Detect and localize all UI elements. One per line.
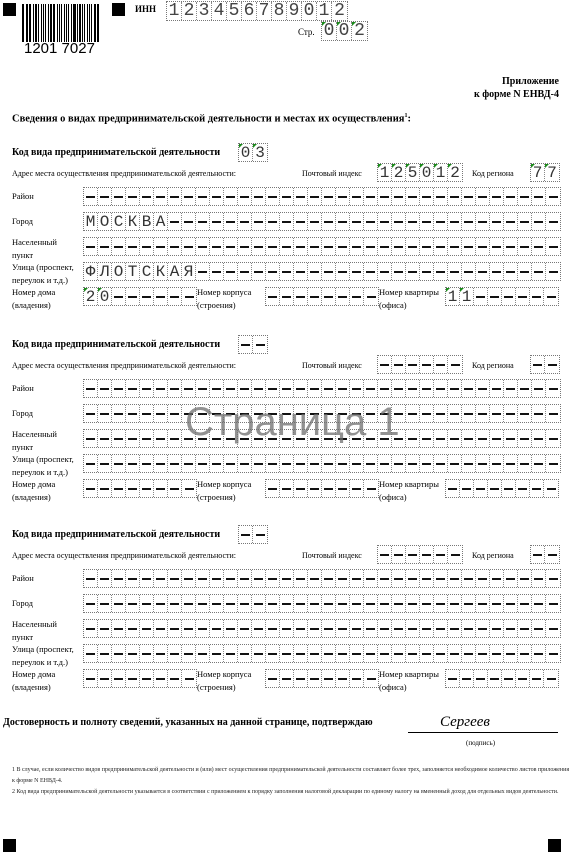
street-cell (308, 263, 322, 280)
street-cell (434, 263, 448, 280)
section-2-city-label-line: Город (12, 407, 33, 420)
region-code-cell (531, 546, 545, 563)
district-cell (112, 380, 126, 397)
section-1-settlement-field[interactable] (83, 237, 561, 256)
settlement-cell (518, 620, 532, 637)
section-2-building-field[interactable] (265, 479, 379, 498)
city-cell (140, 405, 154, 422)
section-1-region-code-label: Код региона (472, 168, 514, 179)
street-cell (322, 455, 336, 472)
postal-index-cell (378, 356, 392, 373)
district-cell (182, 380, 196, 397)
section-3-activity-code-label: Код вида предпринимательской деятельност… (12, 529, 220, 540)
apartment-cell (460, 480, 474, 497)
street-cell (490, 263, 504, 280)
street-cell (392, 645, 406, 662)
section-2-building-label: Номер корпуса(строения) (197, 478, 251, 504)
district-cell (154, 380, 168, 397)
city-cell (98, 595, 112, 612)
district-cell (518, 380, 532, 397)
district-cell (238, 188, 252, 205)
section-3-building-field[interactable] (265, 669, 379, 688)
house-cell (154, 480, 168, 497)
street-cell (504, 645, 518, 662)
house-cell (112, 480, 126, 497)
city-cell (308, 213, 322, 230)
settlement-cell (210, 238, 224, 255)
district-cell (98, 188, 112, 205)
district-cell (546, 380, 560, 397)
district-cell (378, 570, 392, 587)
settlement-cell (462, 430, 476, 447)
section-1-district-label-line: Район (12, 190, 34, 203)
district-cell (196, 570, 210, 587)
corner-marker-top-left (3, 3, 16, 16)
district-cell (546, 570, 560, 587)
street-cell (196, 455, 210, 472)
postal-index-cell (378, 546, 392, 563)
settlement-cell (98, 430, 112, 447)
city-cell (476, 213, 490, 230)
settlement-cell (280, 620, 294, 637)
street-cell (336, 263, 350, 280)
section-3-apartment-field[interactable] (445, 669, 559, 688)
district-cell (406, 380, 420, 397)
city-cell (196, 595, 210, 612)
settlement-cell (126, 620, 140, 637)
street-cell: Я (182, 263, 196, 280)
city-cell (182, 595, 196, 612)
page-cell: 0 (337, 22, 352, 40)
inn-cell: 2 (182, 2, 197, 20)
district-cell (532, 188, 546, 205)
apartment-cell: 1 (446, 288, 460, 305)
settlement-cell (420, 620, 434, 637)
district-cell (224, 380, 238, 397)
apartment-cell (530, 670, 544, 687)
postal-index-cell (420, 356, 434, 373)
region-code-cell (531, 356, 545, 373)
section-3-settlement-field[interactable] (83, 619, 561, 638)
district-cell (126, 570, 140, 587)
footnote-2: 2 Код вида предпринимательской деятельно… (12, 787, 572, 798)
settlement-cell (504, 238, 518, 255)
section-2-apartment-field[interactable] (445, 479, 559, 498)
section-1-activity-code-label: Код вида предпринимательской деятельност… (12, 147, 220, 158)
section-3-settlement-label-line: Населенный (12, 618, 57, 631)
section-2-street-label: Улица (проспект,переулок и т.д.) (12, 453, 74, 479)
section-3-district-label-line: Район (12, 572, 34, 585)
section-1-apartment-field[interactable]: 11 (445, 287, 559, 306)
page-watermark: Страница 1 (185, 400, 400, 445)
street-cell (224, 263, 238, 280)
city-cell (154, 595, 168, 612)
section-1-region-code-field[interactable]: 77 (530, 163, 560, 182)
settlement-cell (336, 620, 350, 637)
street-cell (392, 455, 406, 472)
apartment-cell (502, 670, 516, 687)
street-cell (336, 645, 350, 662)
city-cell (546, 405, 560, 422)
city-cell (280, 213, 294, 230)
settlement-cell (532, 238, 546, 255)
section-1-postal-index-field[interactable]: 125012 (377, 163, 463, 182)
city-cell (140, 595, 154, 612)
building-cell (350, 288, 364, 305)
house-cell (154, 288, 168, 305)
district-cell (224, 188, 238, 205)
inn-cell: 8 (272, 2, 287, 20)
section-1-street-label: Улица (проспект,переулок и т.д.) (12, 261, 74, 287)
district-cell (252, 380, 266, 397)
section-2-apartment-label-line: (офиса) (379, 491, 439, 504)
district-cell (490, 570, 504, 587)
inn-cell: 1 (317, 2, 332, 20)
street-cell (364, 645, 378, 662)
city-cell (336, 213, 350, 230)
section-1-activity-code-field[interactable]: 03 (238, 143, 268, 162)
street-cell (518, 455, 532, 472)
settlement-cell (126, 238, 140, 255)
house-cell (140, 480, 154, 497)
settlement-cell (448, 238, 462, 255)
section-2-activity-code-label: Код вида предпринимательской деятельност… (12, 339, 220, 350)
house-cell (84, 670, 98, 687)
street-cell (168, 455, 182, 472)
settlement-cell (140, 238, 154, 255)
section-3-activity-code-field[interactable] (238, 525, 268, 544)
section-1-house-label-line: (владения) (12, 299, 55, 312)
section-3-street-field[interactable] (83, 644, 561, 663)
district-cell (210, 570, 224, 587)
section-1-district-field[interactable] (83, 187, 561, 206)
section-2-postal-index-field[interactable] (377, 355, 463, 374)
section-3-district-field[interactable] (83, 569, 561, 588)
street-cell: Л (98, 263, 112, 280)
house-cell (126, 288, 140, 305)
district-cell (294, 570, 308, 587)
city-cell (518, 405, 532, 422)
street-cell (546, 263, 560, 280)
street-cell (84, 455, 98, 472)
section-1-building-field[interactable] (265, 287, 379, 306)
apartment-cell (516, 480, 530, 497)
building-cell (350, 480, 364, 497)
district-cell (154, 188, 168, 205)
section-1-building-label-line: Номер корпуса (197, 286, 251, 299)
settlement-cell (546, 430, 560, 447)
house-cell (98, 480, 112, 497)
district-cell (308, 570, 322, 587)
settlement-cell (238, 238, 252, 255)
street-cell (378, 455, 392, 472)
district-cell (420, 188, 434, 205)
city-cell (490, 213, 504, 230)
section-1-street-field[interactable]: ФЛОТСКАЯ (83, 262, 561, 281)
apartment-cell (544, 480, 558, 497)
street-cell (112, 645, 126, 662)
house-cell (98, 670, 112, 687)
postal-index-cell (434, 356, 448, 373)
apartment-cell (460, 670, 474, 687)
street-cell (350, 263, 364, 280)
region-code-cell: 7 (531, 164, 545, 181)
postal-index-cell (448, 546, 462, 563)
apartment-cell (516, 670, 530, 687)
section-2-district-field[interactable] (83, 379, 561, 398)
settlement-cell (98, 620, 112, 637)
street-cell: О (112, 263, 126, 280)
settlement-cell (476, 430, 490, 447)
apartment-cell (446, 480, 460, 497)
apartment-cell (530, 480, 544, 497)
building-cell (266, 480, 280, 497)
settlement-cell (126, 430, 140, 447)
street-cell (266, 263, 280, 280)
district-cell (378, 380, 392, 397)
district-cell (294, 380, 308, 397)
city-cell (294, 213, 308, 230)
city-cell (378, 595, 392, 612)
house-cell (140, 670, 154, 687)
postal-index-cell: 1 (434, 164, 448, 181)
district-cell (378, 188, 392, 205)
house-cell (140, 288, 154, 305)
city-cell (462, 595, 476, 612)
section-1-street-label-line: Улица (проспект, (12, 261, 74, 274)
section-3-apartment-label: Номер квартиры(офиса) (379, 668, 439, 694)
district-cell (392, 188, 406, 205)
street-cell (224, 455, 238, 472)
section-2-region-code-label: Код региона (472, 360, 514, 371)
district-cell (98, 380, 112, 397)
section-3-city-field[interactable] (83, 594, 561, 613)
building-cell (280, 288, 294, 305)
district-cell (196, 188, 210, 205)
building-cell (266, 670, 280, 687)
inn-cell: 0 (302, 2, 317, 20)
street-cell (210, 645, 224, 662)
settlement-cell (476, 620, 490, 637)
city-cell (406, 405, 420, 422)
district-cell (462, 570, 476, 587)
street-cell (252, 455, 266, 472)
settlement-cell (434, 430, 448, 447)
section-3-apartment-label-line: (офиса) (379, 681, 439, 694)
street-cell (196, 263, 210, 280)
section-2-region-code-field[interactable] (530, 355, 560, 374)
district-cell (364, 570, 378, 587)
signature[interactable]: Сергеев (440, 714, 490, 731)
city-cell (462, 405, 476, 422)
settlement-cell (294, 238, 308, 255)
section-1-district-label: Район (12, 190, 34, 203)
district-cell (490, 188, 504, 205)
street-cell (532, 455, 546, 472)
settlement-cell (280, 238, 294, 255)
settlement-cell (490, 620, 504, 637)
street-cell (434, 645, 448, 662)
city-cell (448, 213, 462, 230)
section-2-apartment-label: Номер квартиры(офиса) (379, 478, 439, 504)
section-3-city-label: Город (12, 597, 33, 610)
settlement-cell (266, 238, 280, 255)
building-cell (308, 670, 322, 687)
postal-index-cell (406, 356, 420, 373)
postal-index-cell (420, 546, 434, 563)
street-cell (252, 645, 266, 662)
settlement-cell (140, 620, 154, 637)
city-cell (406, 213, 420, 230)
settlement-cell (350, 238, 364, 255)
city-cell (392, 595, 406, 612)
street-cell (210, 263, 224, 280)
section-3-postal-index-field[interactable] (377, 545, 463, 564)
house-cell (182, 480, 196, 497)
district-cell (532, 570, 546, 587)
city-cell (350, 213, 364, 230)
city-cell (280, 595, 294, 612)
district-cell (434, 570, 448, 587)
section-2-street-field[interactable] (83, 454, 561, 473)
settlement-cell (182, 238, 196, 255)
building-cell (364, 288, 378, 305)
apartment-cell (474, 670, 488, 687)
street-cell: А (168, 263, 182, 280)
page-number-field[interactable]: 002 (321, 21, 368, 41)
street-cell (462, 645, 476, 662)
city-cell (420, 595, 434, 612)
street-cell (238, 645, 252, 662)
house-cell (182, 670, 196, 687)
city-cell (238, 595, 252, 612)
street-cell (504, 455, 518, 472)
settlement-cell (168, 430, 182, 447)
district-cell (266, 188, 280, 205)
page-cell: 0 (322, 22, 337, 40)
settlement-cell (154, 238, 168, 255)
section-2-activity-code-field[interactable] (238, 335, 268, 354)
city-cell (532, 405, 546, 422)
inn-cell: 5 (227, 2, 242, 20)
section-1-building-label-line: (строения) (197, 299, 251, 312)
settlement-cell (196, 620, 210, 637)
building-cell (322, 670, 336, 687)
city-cell: К (126, 213, 140, 230)
section-2-postal-index-label: Почтовый индекс (302, 360, 362, 371)
settlement-cell (322, 238, 336, 255)
city-cell (350, 595, 364, 612)
street-cell (294, 263, 308, 280)
district-cell (434, 188, 448, 205)
city-cell (434, 405, 448, 422)
settlement-cell (434, 620, 448, 637)
street-cell: Ф (84, 263, 98, 280)
section-1-city-field[interactable]: МОСКВА (83, 212, 561, 231)
section-1-house-field[interactable]: 20 (83, 287, 197, 306)
street-cell (434, 455, 448, 472)
section-2-house-label-line: (владения) (12, 491, 55, 504)
street-cell (406, 263, 420, 280)
settlement-cell (420, 238, 434, 255)
settlement-cell (350, 620, 364, 637)
district-cell (238, 380, 252, 397)
section-2-district-label: Район (12, 382, 34, 395)
street-cell (476, 645, 490, 662)
district-cell (350, 570, 364, 587)
page-title-text: Сведения о видах предпринимательской дея… (12, 114, 404, 125)
street-cell (98, 645, 112, 662)
section-3-building-label-line: Номер корпуса (197, 668, 251, 681)
street-cell (294, 645, 308, 662)
settlement-cell (308, 620, 322, 637)
settlement-cell (84, 430, 98, 447)
district-cell (196, 380, 210, 397)
district-cell (182, 570, 196, 587)
city-cell (546, 213, 560, 230)
city-cell (84, 405, 98, 422)
street-cell (252, 263, 266, 280)
section-1-postal-index-label: Почтовый индекс (302, 168, 362, 179)
house-cell (154, 670, 168, 687)
activity-code-cell (239, 526, 253, 543)
settlement-cell (406, 430, 420, 447)
section-2-house-field[interactable] (83, 479, 197, 498)
section-1-address-label: Адрес места осуществления предпринимател… (12, 168, 236, 179)
city-cell (266, 595, 280, 612)
city-cell (504, 213, 518, 230)
inn-field[interactable]: 123456789012 (166, 1, 348, 21)
city-cell (224, 595, 238, 612)
settlement-cell (448, 430, 462, 447)
street-cell (532, 263, 546, 280)
section-1-apartment-label: Номер квартиры(офиса) (379, 286, 439, 312)
city-cell (504, 405, 518, 422)
house-cell (168, 288, 182, 305)
district-cell (112, 570, 126, 587)
postal-index-cell: 0 (420, 164, 434, 181)
house-cell: 0 (98, 288, 112, 305)
street-cell (406, 645, 420, 662)
postal-index-cell (406, 546, 420, 563)
district-cell (112, 188, 126, 205)
settlement-cell (532, 430, 546, 447)
street-cell (196, 645, 210, 662)
apartment-cell (474, 480, 488, 497)
apartment-cell (530, 288, 544, 305)
street-cell (210, 455, 224, 472)
building-cell (280, 480, 294, 497)
city-cell (532, 213, 546, 230)
district-cell (322, 188, 336, 205)
section-3-house-field[interactable] (83, 669, 197, 688)
settlement-cell (518, 238, 532, 255)
settlement-cell (420, 430, 434, 447)
street-cell (532, 645, 546, 662)
district-cell (140, 570, 154, 587)
street-cell (518, 645, 532, 662)
settlement-cell (504, 620, 518, 637)
city-cell (504, 595, 518, 612)
district-cell (476, 188, 490, 205)
street-cell (182, 455, 196, 472)
settlement-cell (224, 620, 238, 637)
city-cell (252, 213, 266, 230)
street-cell (266, 455, 280, 472)
postal-index-cell: 1 (378, 164, 392, 181)
section-3-region-code-field[interactable] (530, 545, 560, 564)
city-cell (322, 213, 336, 230)
